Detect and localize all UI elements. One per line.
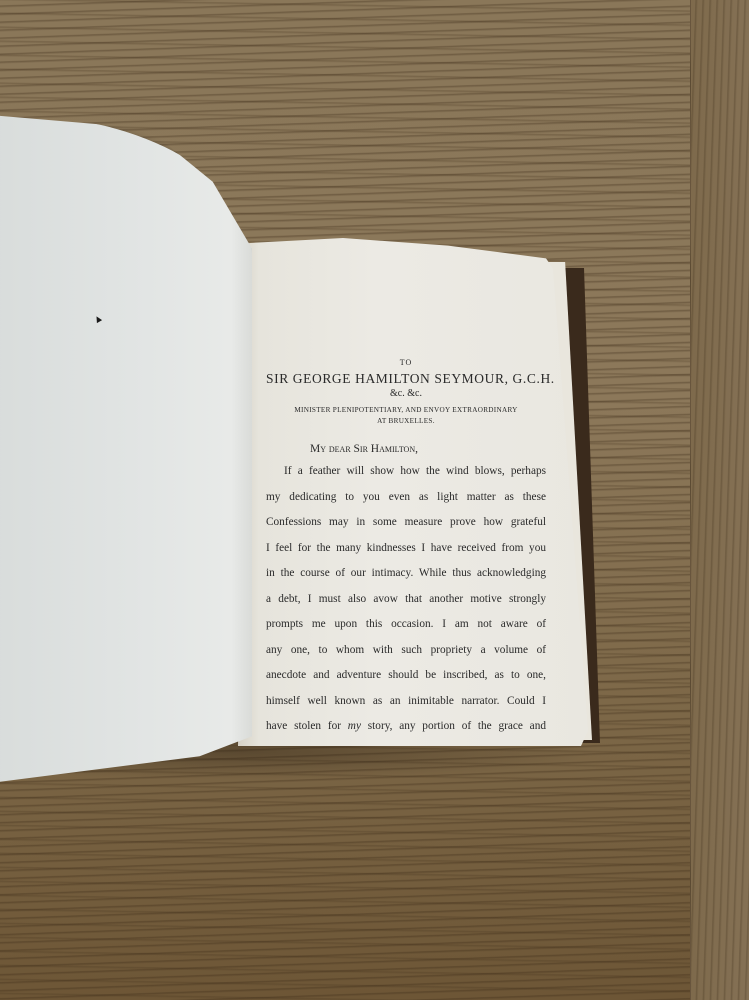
body-line: a debt, I must also avow that another mo…: [266, 587, 546, 613]
body-line: any one, to whom with such propriety a v…: [266, 638, 546, 664]
body-line: in the course of our intimacy. While thu…: [266, 561, 546, 587]
dedication-to: TO: [266, 358, 546, 367]
left-page-curled: [0, 115, 252, 783]
text-segment: have stolen for: [266, 720, 348, 732]
body-line: my dedicating to you even as light matte…: [266, 485, 546, 511]
bleed-through-text: [265, 268, 545, 340]
body-line: himself well known as an inimitable narr…: [266, 689, 546, 715]
dedication-text: TO SIR GEORGE HAMILTON SEYMOUR, G.C.H. &…: [266, 358, 546, 740]
body-line-last: have stolen for my story, any portion of…: [266, 714, 546, 740]
dedication-body: If a feather will show how the wind blow…: [266, 459, 546, 740]
body-line: prompts me upon this occasion. I am not …: [266, 612, 546, 638]
text-segment: story, any portion of the grace and: [361, 720, 546, 732]
body-line: I feel for the many kindnesses I have re…: [266, 536, 546, 562]
body-line: Confessions may in some measure prove ho…: [266, 510, 546, 536]
wood-board-edge: [690, 0, 749, 1000]
dedicatee-etc: &c. &c.: [266, 388, 546, 399]
dedicatee-name: SIR GEORGE HAMILTON SEYMOUR, G.C.H.: [266, 371, 546, 387]
italic-word: my: [348, 720, 361, 732]
body-line: If a feather will show how the wind blow…: [266, 459, 546, 485]
dedicatee-title-1: MINISTER PLENIPOTENTIARY, AND ENVOY EXTR…: [266, 405, 546, 416]
dedicatee-title-2: AT BRUXELLES.: [266, 416, 546, 427]
salutation: My dear Sir Hamilton,: [310, 443, 546, 455]
body-line: anecdote and adventure should be inscrib…: [266, 663, 546, 689]
